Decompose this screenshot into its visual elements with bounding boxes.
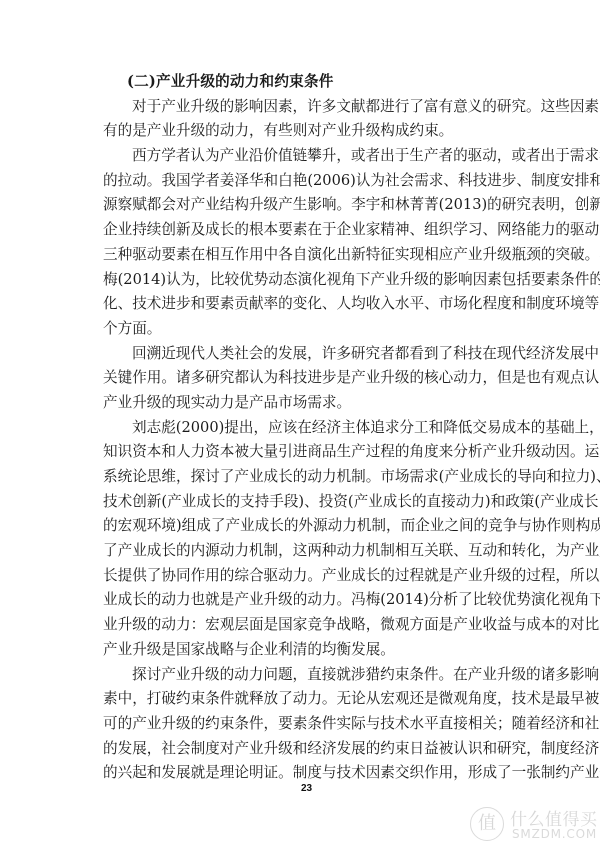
paragraph-line: 业升级的动力：宏观层面是国家竞争战略，微观方面是产业收益与成本的对比， [103,613,519,638]
paragraph-line: 对于产业升级的影响因素，许多文献都进行了富有意义的研究。这些因素， [103,95,519,120]
paragraph-line: 长提供了协同作用的综合驱动力。产业成长的过程就是产业升级的过程，所以产 [103,564,519,589]
paragraph: 西方学者认为产业沿价值链攀升，或者出于生产者的驱动，或者出于需求者的拉动。我国学… [103,144,519,342]
paragraph-line: 产业升级的现实动力是产品市场需求。 [103,391,519,416]
paragraph-line: 回溯近现代人类社会的发展，许多研究者都看到了科技在现代经济发展中的 [103,342,519,367]
watermark: 值 什么值得买 SMZDM.COM [470,805,600,845]
paragraph-line: 了产业成长的内源动力机制，这两种动力机制相互关联、互动和转化，为产业成 [103,539,519,564]
paragraph-line: 西方学者认为产业沿价值链攀升，或者出于生产者的驱动，或者出于需求者 [103,144,519,169]
document-body: 对于产业升级的影响因素，许多文献都进行了富有意义的研究。这些因素，有的是产业升级… [103,95,519,786]
paragraph: 探讨产业升级的动力问题，直接就涉猎约束条件。在产业升级的诸多影响因素中，打破约束… [103,663,519,786]
paragraph-line: 产业升级是国家战略与企业利清的均衡发展。 [103,638,519,663]
paragraph-line: 技术创新(产业成长的支持手段)、投资(产业成长的直接动力)和政策(产业成长 [103,490,519,515]
page-number: 23 [301,783,312,794]
paragraph-line: 有的是产业升级的动力，有些则对产业升级构成约束。 [103,119,519,144]
paragraph-line: 关键作用。诸多研究都认为科技进步是产业升级的核心动力，但是也有观点认为 [103,366,519,391]
paragraph-line: 的宏观环境)组成了产业成长的外源动力机制，而企业之间的竞争与协作则构成 [103,514,519,539]
paragraph-line: 的拉动。我国学者姜泽华和白艳(2006)认为社会需求、科技进步、制度安排和资 [103,169,519,194]
paragraph-line: 化、技术进步和要素贡献率的变化、人均收入水平、市场化程度和制度环境等几 [103,292,519,317]
watermark-logo-icon: 值 [470,807,504,841]
paragraph-line: 梅(2014)认为，比较优势动态演化视角下产业升级的影响因素包括要素条件的变 [103,268,519,293]
paragraph-line: 个方面。 [103,317,519,342]
paragraph-line: 业成长的动力也就是产业升级的动力。冯梅(2014)分析了比较优势演化视角下产 [103,588,519,613]
paragraph-line: 源察赋都会对产业结构升级产生影响。李宇和林菁菁(2013)的研究表明，创新型 [103,193,519,218]
paragraph-line: 素中，打破约束条件就释放了动力。无论从宏观还是微观角度，技术是最早被认 [103,687,519,712]
paragraph-line: 刘志彪(2000)提出，应该在经济主体追求分工和降低交易成本的基础上，从 [103,416,519,441]
paragraph-line: 的发展，社会制度对产业升级和经济发展的约束日益被认识和研究，制度经济学 [103,737,519,762]
paragraph-line: 系统论思维，探讨了产业成长的动力机制。市场需求(产业成长的导向和拉力)、 [103,465,519,490]
paragraph-line: 企业持续创新及成长的根本要素在于企业家精神、组织学习、网络能力的驱动， [103,218,519,243]
paragraph-line: 探讨产业升级的动力问题，直接就涉猎约束条件。在产业升级的诸多影响因 [103,663,519,688]
watermark-subtitle: SMZDM.COM [512,827,597,841]
section-heading: (二)产业升级的动力和约束条件 [103,70,519,95]
document-page: (二)产业升级的动力和约束条件 对于产业升级的影响因素，许多文献都进行了富有意义… [103,70,519,786]
paragraph-line: 知识资本和人力资本被大量引进商品生产过程的角度来分析产业升级动因。运用 [103,440,519,465]
paragraph-line: 可的产业升级的约束条件，要素条件实际与技术水平直接相关；随着经济和社会 [103,712,519,737]
paragraph: 回溯近现代人类社会的发展，许多研究者都看到了科技在现代经济发展中的关键作用。诸多… [103,342,519,416]
paragraph: 对于产业升级的影响因素，许多文献都进行了富有意义的研究。这些因素，有的是产业升级… [103,95,519,144]
paragraph-line: 三种驱动要素在相互作用中各自演化出新特征实现相应产业升级瓶颈的突破。冯 [103,243,519,268]
paragraph: 刘志彪(2000)提出，应该在经济主体追求分工和降低交易成本的基础上，从知识资本… [103,416,519,663]
